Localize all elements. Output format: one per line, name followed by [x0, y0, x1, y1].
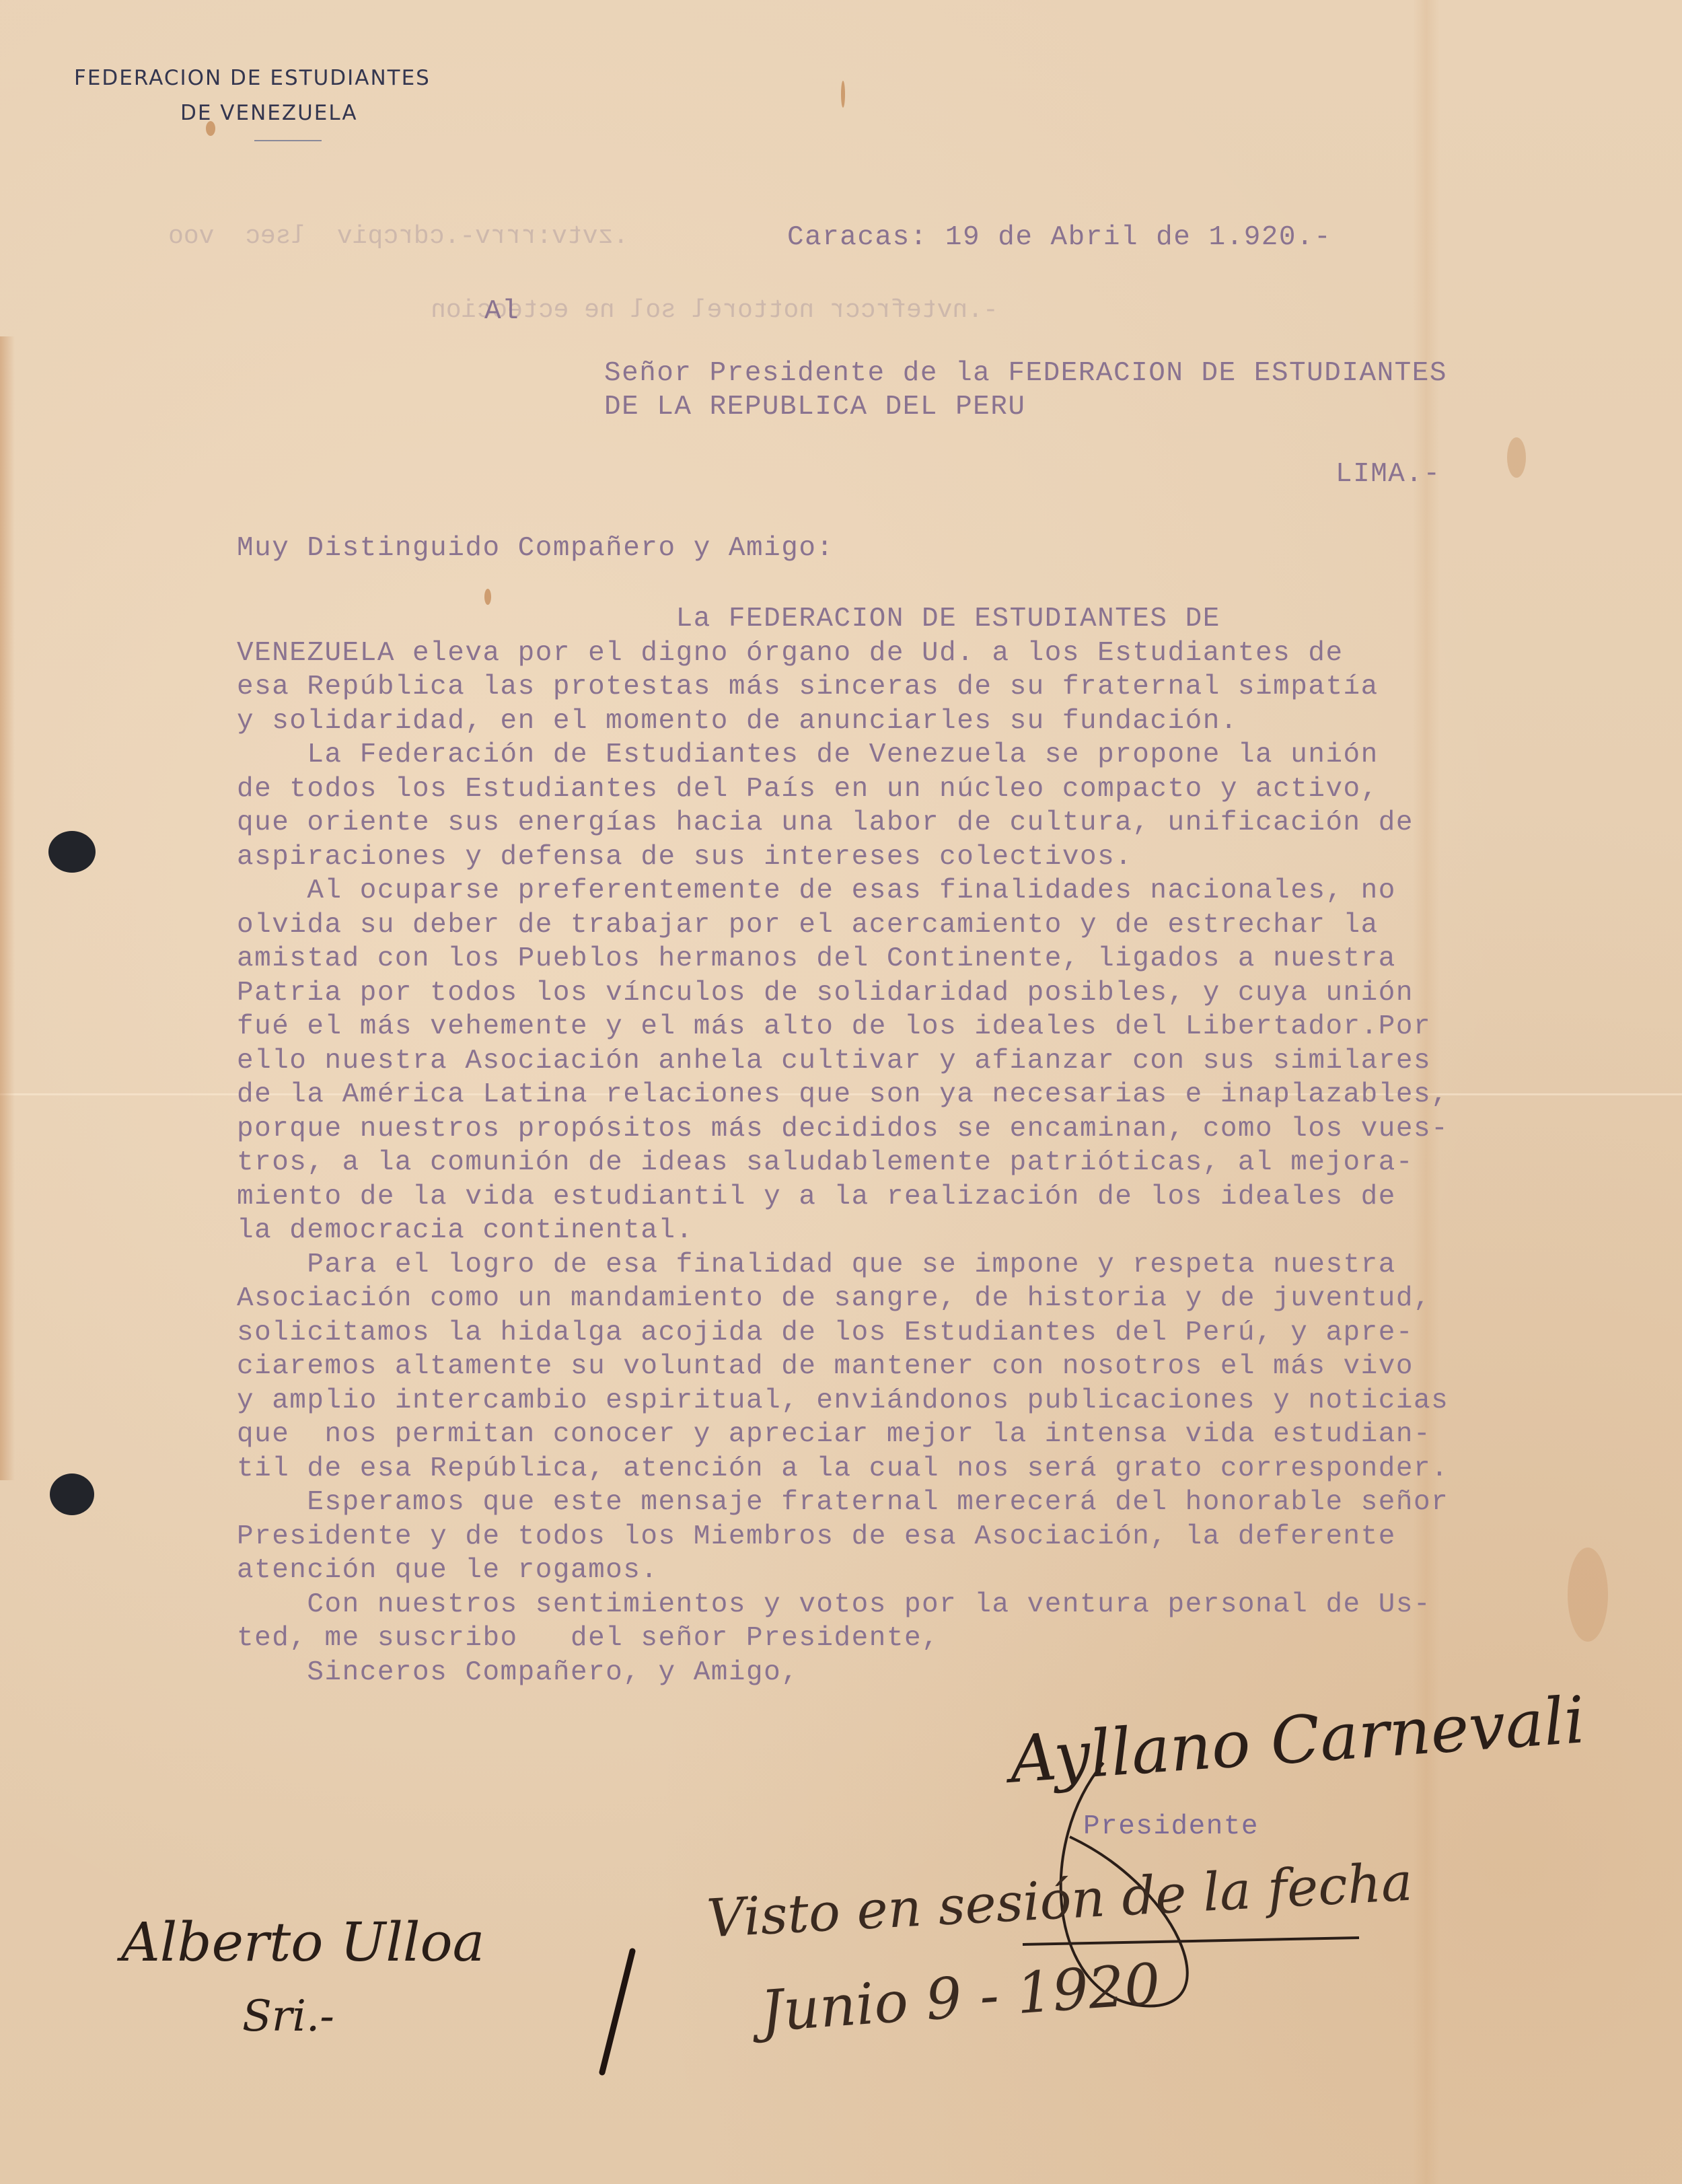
punch-hole-top [48, 831, 96, 873]
recipient-line-1: Señor Presidente de la FEDERACION DE EST… [604, 357, 1447, 390]
body-line: Al ocuparse preferentemente de esas fina… [237, 874, 1636, 908]
handwritten-slash-icon [592, 1944, 646, 2079]
recipient-city: LIMA.- [1336, 458, 1441, 491]
body-line: que nos permitan conocer y apreciar mejo… [237, 1418, 1636, 1452]
body-line: amistad con los Pueblos hermanos del Con… [237, 942, 1636, 976]
body-line: La Federación de Estudiantes de Venezuel… [237, 738, 1636, 772]
body-line: til de esa República, atención a la cual… [237, 1452, 1636, 1486]
body-line: fué el más vehemente y el más alto de lo… [237, 1010, 1636, 1044]
signatory-title: Presidente [1083, 1810, 1259, 1844]
body-line: miento de la vida estudiantil y a la rea… [237, 1180, 1636, 1214]
recipient-prefix: Al [484, 295, 519, 328]
body-line: ciaremos altamente su voluntad de manten… [237, 1350, 1636, 1384]
recipient-line-2: DE LA REPUBLICA DEL PERU [604, 390, 1026, 424]
body-line: y amplio intercambio espiritual, enviánd… [237, 1384, 1636, 1418]
body-line: esa República las protestas más sinceras… [237, 670, 1636, 704]
body-line: Con nuestros sentimientos y votos por la… [237, 1588, 1636, 1622]
body-line: aspiraciones y defensa de sus intereses … [237, 840, 1636, 875]
body-line: solicitamos la hidalga acojida de los Es… [237, 1316, 1636, 1350]
body-line: de todos los Estudiantes del País en un … [237, 772, 1636, 807]
greeting: Muy Distinguido Compañero y Amigo: [237, 532, 834, 565]
body-line: porque nuestros propósitos más decididos… [237, 1112, 1636, 1146]
body-line: que oriente sus energías hacia una labor… [237, 806, 1636, 840]
handwritten-annotation-name: Alberto Ulloa [121, 1911, 484, 1973]
body-line: Asociación como un mandamiento de sangre… [237, 1282, 1636, 1316]
letterhead-line-2: DE VENEZUELA [180, 101, 358, 125]
body-line: VENEZUELA eleva por el digno órgano de U… [237, 636, 1636, 671]
body-line: y solidaridad, en el momento de anunciar… [237, 704, 1636, 739]
handwritten-annotation-sri: Sri.- [242, 1992, 334, 2041]
body-line: la democracia continental. [237, 1214, 1636, 1248]
paper-edge-stain [0, 336, 15, 1480]
foxing-spot [1507, 437, 1526, 478]
body-line: atención que le rogamos. [237, 1554, 1636, 1588]
letterhead-line-1: FEDERACION DE ESTUDIANTES [74, 66, 431, 90]
body-line: Presidente y de todos los Miembros de es… [237, 1520, 1636, 1554]
body-line: La FEDERACION DE ESTUDIANTES DE [237, 602, 1636, 636]
body-line: ted, me suscribo del señor Presidente, [237, 1622, 1636, 1656]
body-line: tros, a la comunión de ideas saludableme… [237, 1146, 1636, 1180]
letter-body: La FEDERACION DE ESTUDIANTES DE VENEZUEL… [237, 602, 1636, 1689]
punch-hole-bottom [50, 1473, 94, 1515]
body-line: Para el logro de esa finalidad que se im… [237, 1248, 1636, 1282]
body-line: ello nuestra Asociación anhela cultivar … [237, 1044, 1636, 1079]
foxing-spot [841, 81, 845, 108]
date-line: Caracas: 19 de Abril de 1.920.- [787, 221, 1331, 254]
body-line: Esperamos que este mensaje fraternal mer… [237, 1486, 1636, 1520]
body-line: Patria por todos los vínculos de solidar… [237, 976, 1636, 1011]
letterhead-rule [254, 140, 322, 141]
offset-ghost-text: .zvtv:rrrv-.cdrcpiv lsec voo [168, 222, 628, 251]
body-line: olvida su deber de trabajar por el acerc… [237, 908, 1636, 943]
body-line: de la América Latina relaciones que son … [237, 1078, 1636, 1112]
